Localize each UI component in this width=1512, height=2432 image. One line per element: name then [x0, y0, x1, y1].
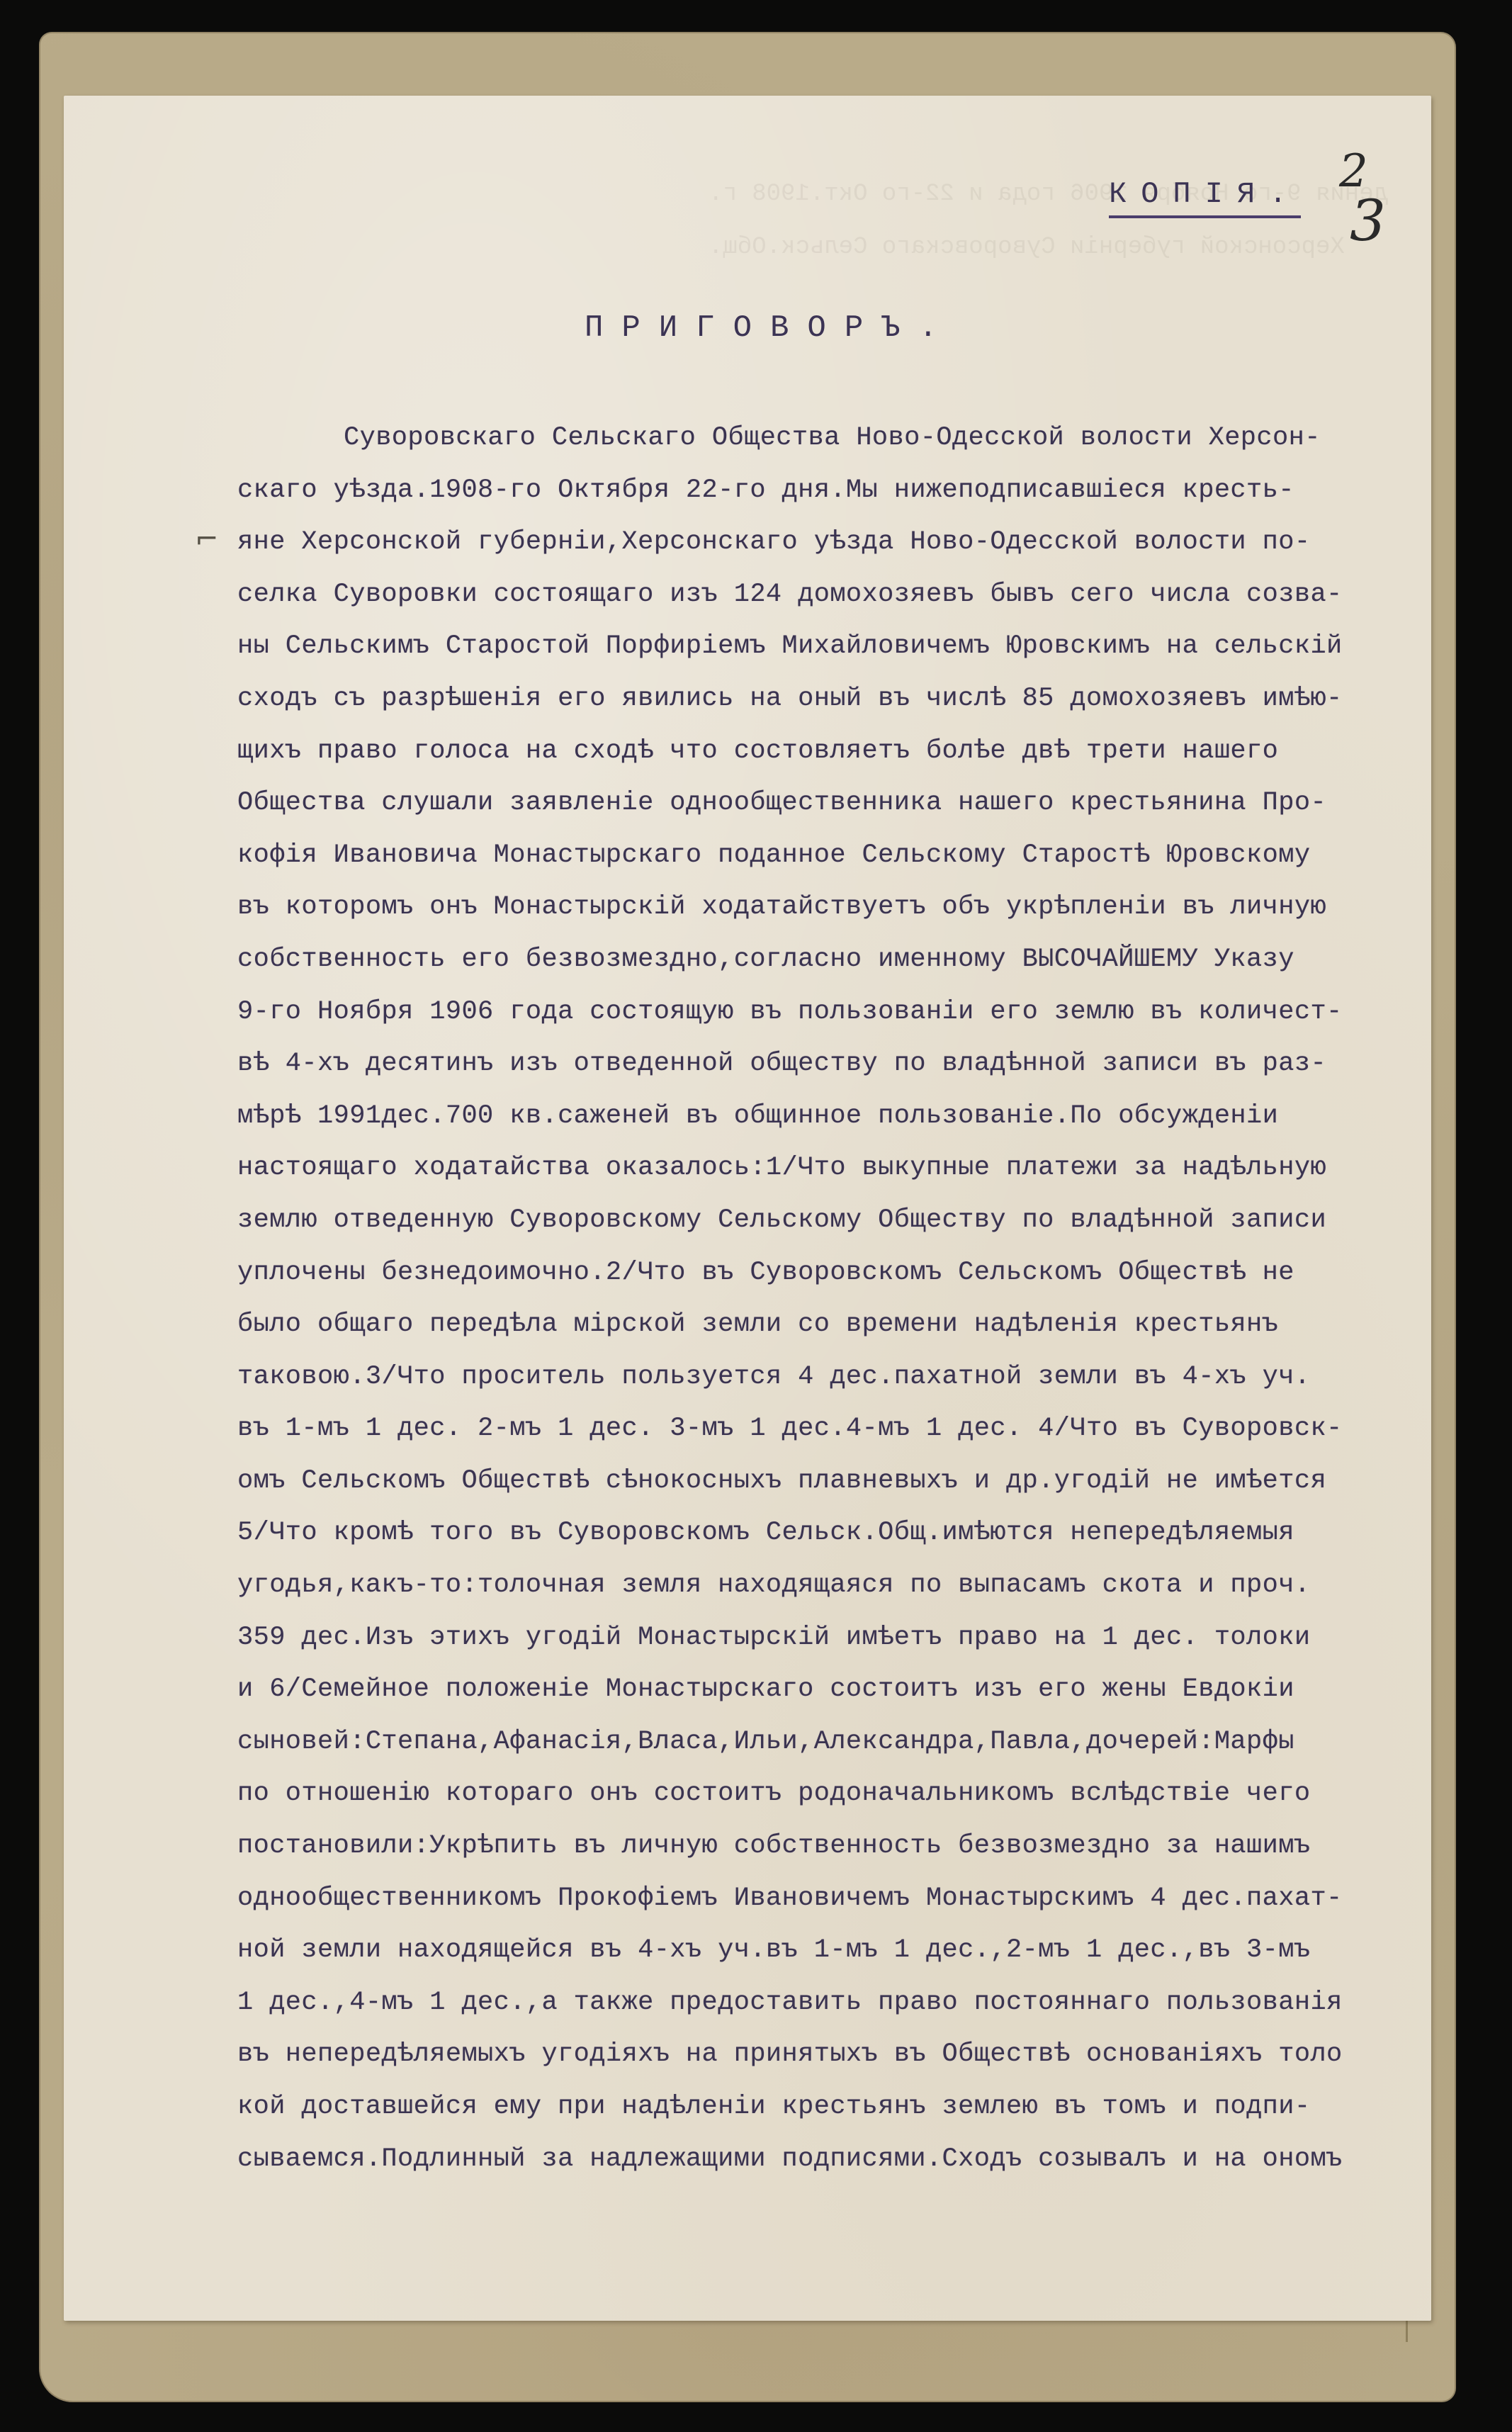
copy-label: КОПІЯ.	[1109, 177, 1301, 218]
text-line: ны Сельскимъ Старостой Порфиріемъ Михайл…	[237, 621, 1456, 673]
text-line: селка Суворовки состоящаго изъ 124 домох…	[237, 569, 1456, 621]
text-line: 359 дес.Изъ этихъ угодій Монастырскій им…	[237, 1612, 1456, 1665]
text-line: 9-го Ноября 1906 года состоящую въ польз…	[237, 986, 1456, 1039]
text-line: собственность его безвозмездно,согласно …	[237, 934, 1456, 986]
text-line: въ которомъ онъ Монастырскій ходатайству…	[237, 882, 1456, 934]
text-line: Суворовскаго Сельскаго Общества Ново-Оде…	[237, 412, 1456, 465]
handwritten-page-number: 3	[1350, 188, 1386, 254]
document-title: ПРИГОВОРЪ.	[585, 310, 956, 346]
text-line: настоящаго ходатайства оказалось:1/Что в…	[237, 1142, 1456, 1195]
text-line: 1 дес.,4-мъ 1 дес.,а также предоставить …	[237, 1977, 1456, 2030]
text-line: въ непередѣляемыхъ угодіяхъ на принятыхъ…	[237, 2029, 1456, 2081]
text-line: одноoбщественникомъ Прокофіемъ Ивановиче…	[237, 1873, 1456, 1925]
text-line: мѣрѣ 1991дес.700 кв.саженей въ общинное …	[237, 1091, 1456, 1143]
text-line: вѣ 4-хъ десятинъ изъ отведенной обществу…	[237, 1038, 1456, 1091]
text-line: и 6/Семейное положеніе Монастырскаго сос…	[237, 1664, 1456, 1716]
text-line: Общества слушали заявленіе одноoбществен…	[237, 777, 1456, 830]
text-line: яне Херсонской губерніи,Херсонскаго уѣзд…	[237, 517, 1456, 569]
text-line: сходъ съ разрѣшенія его явились на оный …	[237, 673, 1456, 726]
text-line: было общаго передѣла мірской земли со вр…	[237, 1299, 1456, 1351]
text-line: кой доставшейся ему при надѣленіи кресть…	[237, 2081, 1456, 2134]
text-line: сыновей:Степана,Афанасія,Власа,Ильи,Алек…	[237, 1716, 1456, 1769]
text-line: скаго уѣзда.1908-го Октября 22-го дня.Мы…	[237, 465, 1456, 517]
text-line: омъ Сельскомъ Обществѣ сѣнокосныхъ плавн…	[237, 1456, 1456, 1508]
text-line: постановили:Укрѣпить въ личную собственн…	[237, 1820, 1456, 1873]
text-line: ной земли находящейся въ 4-хъ уч.въ 1-мъ…	[237, 1925, 1456, 1977]
text-line: 5/Что кромѣ того въ Суворовскомъ Сельск.…	[237, 1507, 1456, 1560]
document-body: Суворовскаго Сельскаго Общества Ново-Оде…	[237, 412, 1456, 2185]
text-line: угодья,какъ-то:толочная земля находящаяс…	[237, 1560, 1456, 1612]
text-line: щихъ право голоса на сходѣ что состовляе…	[237, 726, 1456, 778]
text-line: сываемся.Подлинный за надлежащими подпис…	[237, 2134, 1456, 2186]
text-line: таковою.3/Что проситель пользуется 4 дес…	[237, 1351, 1456, 1404]
text-line: землю отведенную Суворовскому Сельскому …	[237, 1195, 1456, 1247]
text-line: уплочены безнедоимочно.2/Что въ Суворовс…	[237, 1247, 1456, 1300]
text-line: по отношенію котораго онъ состоитъ родон…	[237, 1768, 1456, 1820]
text-line: въ 1-мъ 1 дес. 2-мъ 1 дес. 3-мъ 1 дес.4-…	[237, 1403, 1456, 1456]
margin-check-mark-icon: ⌐	[195, 523, 219, 556]
text-line: кофія Ивановича Монастырскаго поданное С…	[237, 830, 1456, 882]
